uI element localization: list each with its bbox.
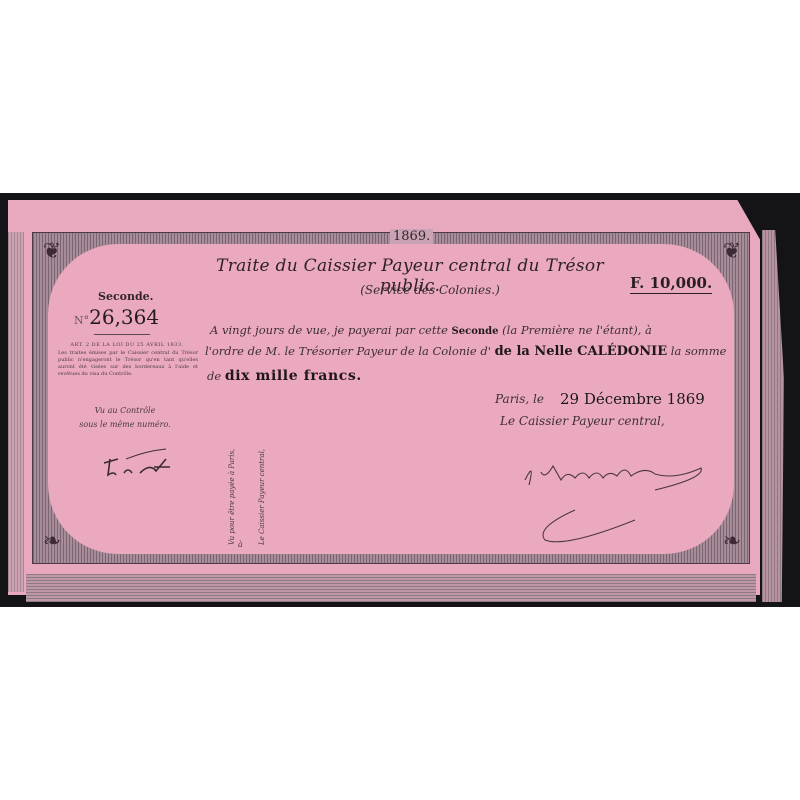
vertical-note-marker: à [238, 540, 243, 549]
serial-number: N°26,364 [74, 305, 159, 329]
body-text: (la Première ne l'étant), à [499, 323, 652, 337]
colony-stamp: de la Nelle CALÉDONIE [495, 344, 668, 359]
vertical-payment-note: Vu pour être payée à Paris, [228, 395, 236, 545]
cashier-signature [505, 450, 725, 550]
body-text: l'ordre de M. le Trésorier Payeur de la … [205, 344, 495, 358]
number-value: 26,364 [89, 305, 159, 329]
copy-label: Seconde. [98, 290, 154, 303]
corner-ornament-icon: ❦ [720, 240, 744, 264]
amount-in-words: dix mille francs. [225, 368, 362, 384]
number-prefix: N° [74, 314, 89, 327]
corner-ornament-icon: ❦ [40, 240, 64, 264]
law-text: Les traites émises par le Caissier centr… [58, 350, 198, 378]
body-line-1: A vingt jours de vue, je payerai par cet… [210, 323, 652, 337]
body-text: A vingt jours de vue, je payerai par cet… [210, 323, 452, 337]
body-line-3: de dix mille francs. [207, 368, 362, 384]
signatory-title: Le Caissier Payeur central, [500, 414, 665, 428]
bottom-guilloche-strip [26, 574, 756, 602]
body-text: de [207, 369, 225, 383]
control-note-line2: sous le même numéro. [70, 418, 180, 432]
body-text: la somme [667, 344, 726, 358]
divider [94, 334, 150, 335]
year-cartouche: 1869. [390, 229, 433, 244]
law-reference: ART. 2 DE LA LOI DU 25 AVRIL 1833. [64, 342, 190, 348]
issue-date: 29 Décembre 1869 [560, 390, 705, 408]
place-label: Paris, le [495, 392, 544, 406]
left-guilloche-strip [8, 232, 24, 592]
amount-figure: F. 10,000. [630, 274, 712, 294]
document-subtitle: (Service des Colonies.) [330, 283, 530, 297]
control-note: Vu au Contrôle sous le même numéro. [70, 404, 180, 432]
vertical-cashier-note: Le Caissier Payeur central, [258, 395, 266, 545]
body-line-2: l'ordre de M. le Trésorier Payeur de la … [205, 344, 726, 359]
copy-designation: Seconde [452, 326, 499, 337]
control-note-line1: Vu au Contrôle [70, 404, 180, 418]
corner-ornament-icon: ❧ [40, 530, 64, 554]
control-signature [96, 445, 176, 485]
